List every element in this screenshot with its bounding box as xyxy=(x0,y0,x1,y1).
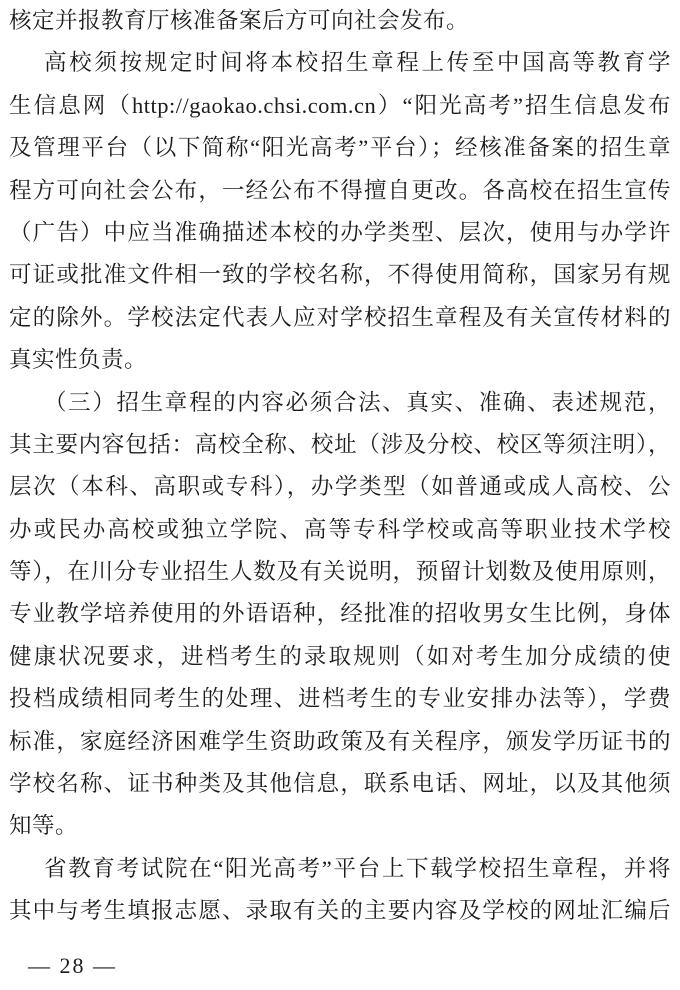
text-line: 健康状况要求，进档考生的录取规则（如对考生加分成绩的使用、 xyxy=(9,636,671,678)
text-line: 其主要内容包括：高校全称、校址（涉及分校、校区等须注明）， xyxy=(9,424,671,466)
text-line: （广告）中应当准确描述本校的办学类型、层次，使用与办学许 xyxy=(9,212,671,254)
text-line: 其中与考生填报志愿、录取有关的主要内容及学校的网址汇编后 xyxy=(9,890,671,932)
text-line: 程方可向社会公布，一经公布不得擅自更改。各高校在招生宣传 xyxy=(9,170,671,212)
text-line: 真实性负责。 xyxy=(9,339,671,381)
text-line: 办或民办高校或独立学院、高等专科学校或高等职业技术学校 xyxy=(9,509,671,551)
text-line: 核定并报教育厅核准备案后方可向社会发布。 xyxy=(9,0,671,42)
page-footer: — 28 — xyxy=(28,952,117,980)
text-line: 学校名称、证书种类及其他信息，联系电话、网址，以及其他须 xyxy=(9,763,671,805)
text-line: 及管理平台（以下简称“阳光高考”平台）；经核准备案的招生章 xyxy=(9,127,671,169)
document-body: 核定并报教育厅核准备案后方可向社会发布。 高校须按规定时间将本校招生章程上传至中… xyxy=(9,0,671,933)
text-line: 可证或批准文件相一致的学校名称，不得使用简称，国家另有规 xyxy=(9,254,671,296)
text-line: 知等。 xyxy=(9,805,671,847)
text-line: （三）招生章程的内容必须合法、真实、准确、表述规范， xyxy=(9,382,671,424)
text-line: 层次（本科、高职或专科），办学类型（如普通或成人高校、公 xyxy=(9,466,671,508)
text-line: 投档成绩相同考生的处理、进档考生的专业安排办法等），学费 xyxy=(9,678,671,720)
text-line: 等），在川分专业招生人数及有关说明，预留计划数及使用原则， xyxy=(9,551,671,593)
text-line: 标准，家庭经济困难学生资助政策及有关程序，颁发学历证书的 xyxy=(9,721,671,763)
text-line: 高校须按规定时间将本校招生章程上传至中国高等教育学 xyxy=(9,42,671,84)
text-line: 专业教学培养使用的外语语种，经批准的招收男女生比例，身体 xyxy=(9,593,671,635)
text-line: 省教育考试院在“阳光高考”平台上下载学校招生章程，并将 xyxy=(9,848,671,890)
text-line: 定的除外。学校法定代表人应对学校招生章程及有关宣传材料的 xyxy=(9,297,671,339)
document-page: 核定并报教育厅核准备案后方可向社会发布。 高校须按规定时间将本校招生章程上传至中… xyxy=(0,0,680,990)
text-line: 生信息网（http://gaokao.chsi.com.cn）“阳光高考”招生信… xyxy=(9,85,671,127)
page-number: — 28 — xyxy=(28,953,117,978)
